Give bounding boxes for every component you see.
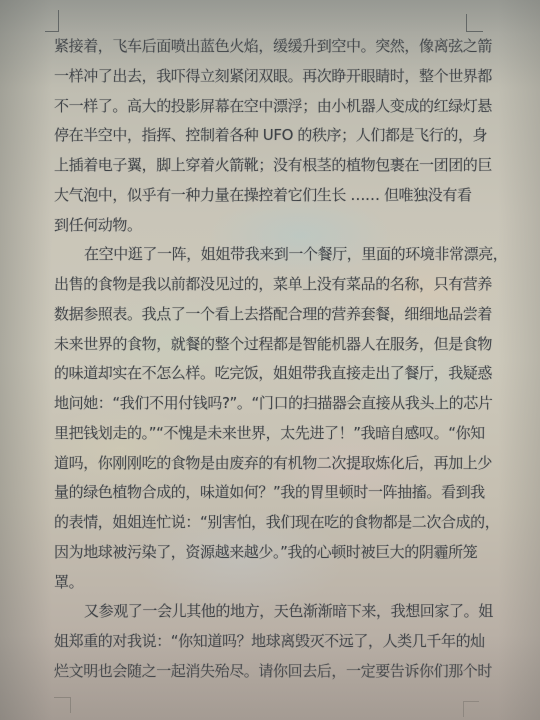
crop-mark-top-left-icon [45,10,59,32]
text-line-paragraph-start: 在空中逛了一阵，姐姐带我来到一个餐厅，里面的环境非常漂亮， [54,240,492,270]
text-line: 的味道却实在不怎么样。吃完饭，姐姐带我直接走出了餐厅，我疑惑 [54,359,492,389]
text-line: 因为地球被污染了，资源越来越少。”我的心顿时被巨大的阴霾所笼 [54,538,492,568]
text-line: 出售的食物是我以前都没见过的，菜单上没有菜品的名称，只有营养 [54,270,492,300]
text-line: 的表情，姐姐连忙说：“别害怕，我们现在吃的食物都是二次合成的， [54,508,492,538]
text-line-paragraph-start: 又参观了一会儿其他的地方，天色渐渐暗下来，我想回家了。姐 [54,597,492,627]
crop-mark-top-right-icon [466,14,483,32]
text-line: 上插着电子翼，脚上穿着火箭靴；没有根茎的植物包裹在一团团的巨 [54,151,492,181]
text-line: 地问她：“我们不用付钱吗?”。“门口的扫描器会直接从我头上的芯片 [54,389,492,419]
text-line: 姐郑重的对我说：“你知道吗？地球离毁灭不远了，人类几千年的灿 [54,627,492,657]
photographed-page: 紧接着，飞车后面喷出蓝色火焰，缓缓升到空中。突然，像离弦之箭 一样冲了出去，我吓… [0,0,540,720]
text-line: 里把钱划走的。”“不愧是未来世界，太先进了！”我暗自感叹。“你知 [54,419,492,449]
text-line: 到任何动物。 [54,211,492,241]
text-line: 大气泡中，似乎有一种力量在操控着它们生长 …… 但唯独没有看 [54,181,492,211]
text-line: 道吗，你刚刚吃的食物是由废弃的有机物二次提取炼化后，再加上少 [54,449,492,479]
text-line: 未来世界的食物，就餐的整个过程都是智能机器人在服务，但是食物 [54,330,492,360]
text-line: 一样冲了出去，我吓得立刻紧闭双眼。再次睁开眼睛时，整个世界都 [54,62,492,92]
text-line: 烂文明也会随之一起消失殆尽。请你回去后，一定要告诉你们那个时 [54,657,492,687]
text-line: 罩。 [54,568,492,598]
text-line: 不一样了。高大的投影屏幕在空中漂浮；由小机器人变成的红绿灯悬 [54,92,492,122]
essay-text-block: 紧接着，飞车后面喷出蓝色火焰，缓缓升到空中。突然，像离弦之箭 一样冲了出去，我吓… [54,32,492,687]
crop-mark-bottom-right-icon [463,701,479,717]
text-line: 数据参照表。我点了一个看上去搭配合理的营养套餐，细细地品尝着 [54,300,492,330]
text-line: 紧接着，飞车后面喷出蓝色火焰，缓缓升到空中。突然，像离弦之箭 [54,32,492,62]
text-line: 量的绿色植物合成的，味道如何？”我的胃里顿时一阵抽搐。看到我 [54,478,492,508]
text-line: 停在半空中，指挥、控制着各种 UFO 的秩序；人们都是飞行的，身 [54,121,492,151]
crop-mark-bottom-left-icon [54,697,71,713]
